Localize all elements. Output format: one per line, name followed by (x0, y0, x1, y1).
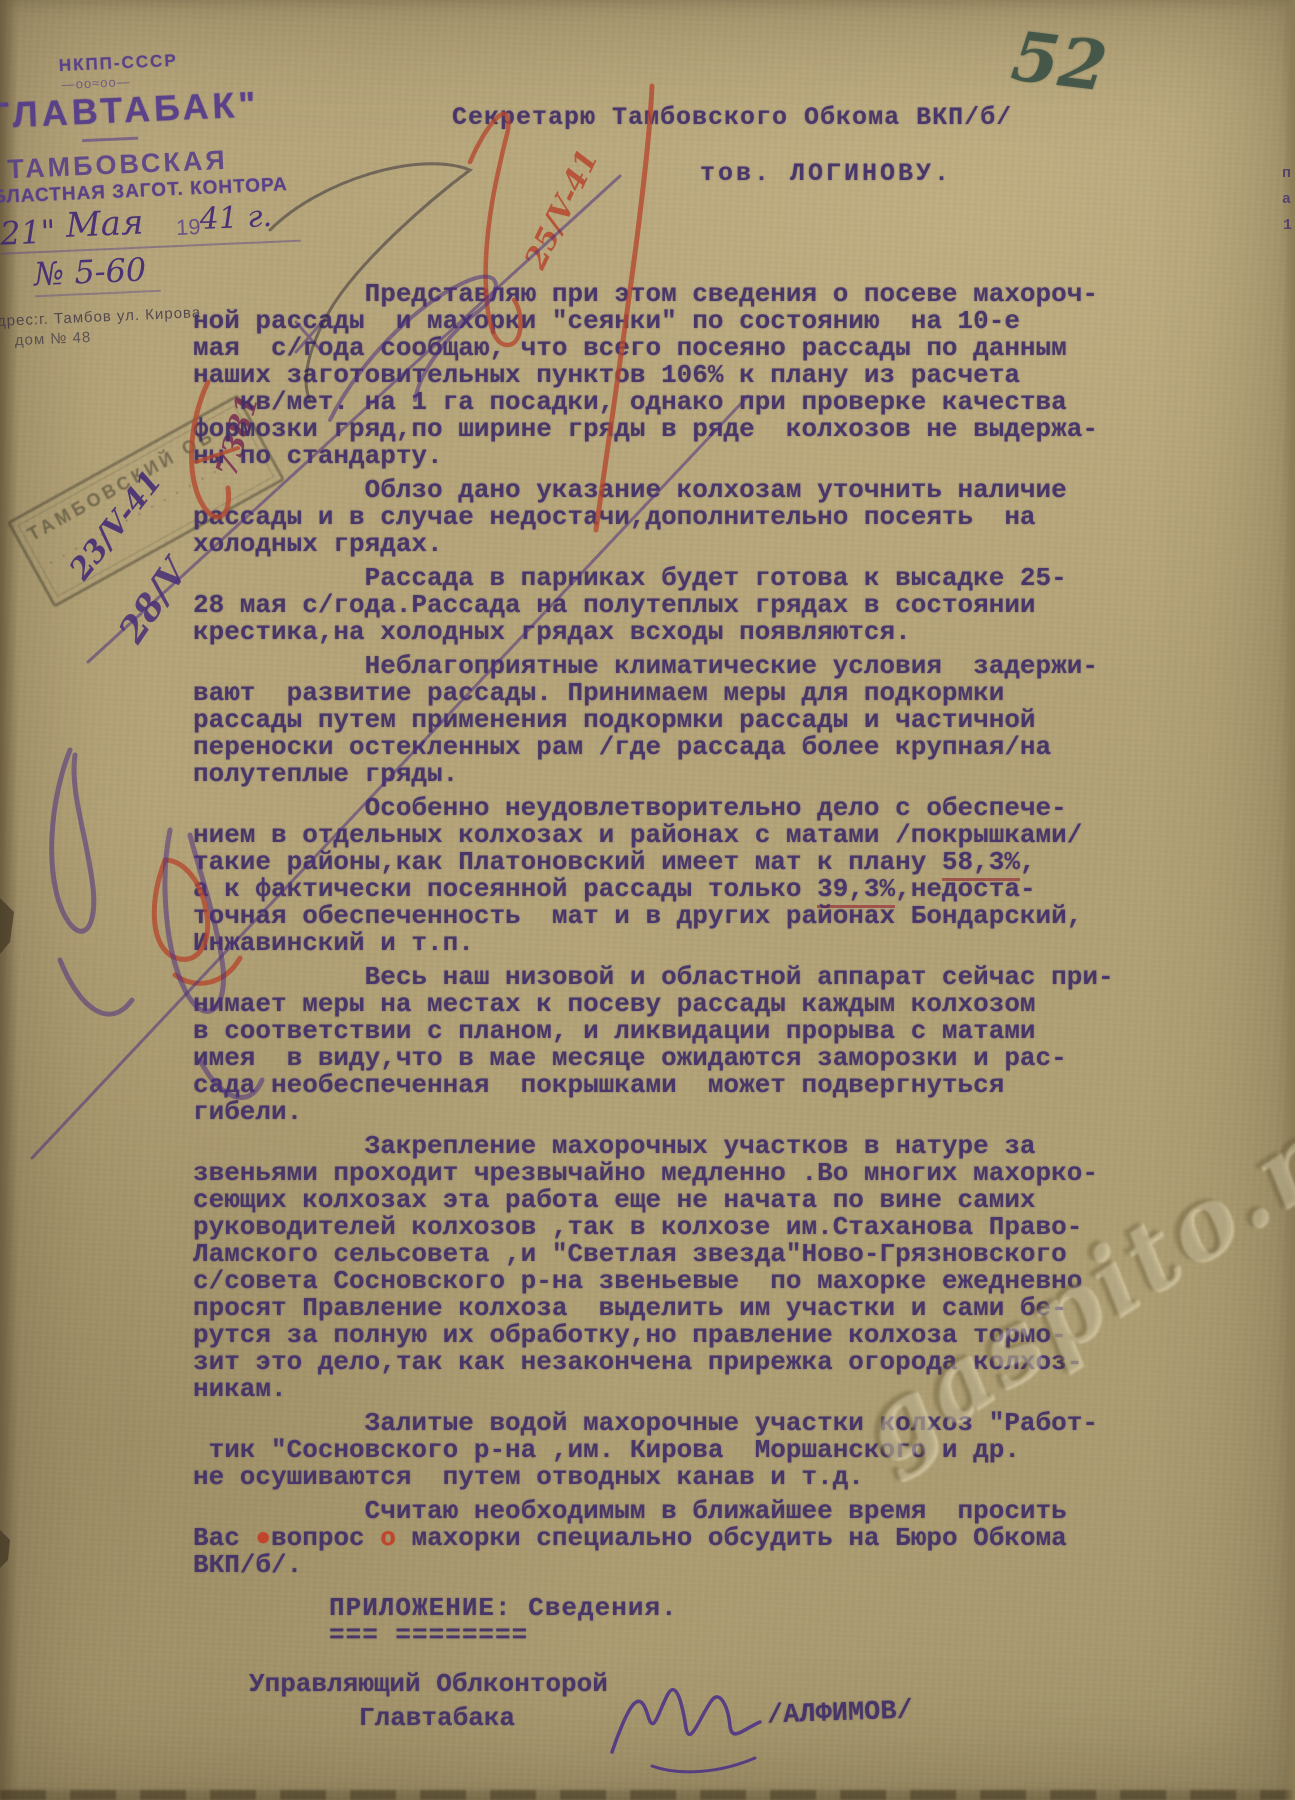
typed-line: нимает меры на местах к посеву рассады к… (193, 991, 1153, 1018)
letterhead-org-name: ГЛАВТАБАК" (0, 83, 260, 137)
signer-title-line2: Главтабака (359, 1705, 515, 1732)
letterhead-date-year-printed: 19 (175, 214, 201, 241)
typed-segment: такие районы,как Платоновский имеет мат … (193, 847, 942, 877)
typed-segment: просят Правление колхоза выделить им уча… (193, 1293, 1067, 1323)
signature-block: Управляющий Облконторой Главтабака /АЛФИ… (193, 1665, 1153, 1795)
letterhead-date-day: 21" (0, 212, 56, 252)
edge-text-fragment: а (1282, 192, 1291, 207)
typed-line: кв/мет. на 1 га посадки, однако при пров… (193, 389, 1153, 416)
typed-line: холодных грядах. (193, 531, 1153, 558)
typed-line: имея в виду,что в мае месяце ожидаются з… (193, 1045, 1153, 1072)
paragraph: Облзо дано указание колхозам уточнить на… (193, 477, 1153, 558)
paragraph: Считаю необходимым в ближайшее время про… (193, 1498, 1153, 1579)
letterhead-address-line1: Адрес:г. Тамбов ул. Кирова (0, 304, 201, 330)
typed-line: сеющих колхозах эта работа еще не начата… (193, 1187, 1153, 1214)
typed-segment: ВКП/б/. (193, 1550, 302, 1580)
typed-segment: нием в отдельных колхозах и районах с ма… (193, 820, 1082, 850)
typed-line: ной рассады и махорки "сеянки" по состоя… (193, 308, 1153, 335)
typed-segment: полутеплые гряды. (193, 759, 458, 789)
typed-line: а к фактически посеянной рассады только … (193, 876, 1153, 903)
typed-line: нием в отдельных колхозах и районах с ма… (193, 822, 1153, 849)
paragraph: Неблагоприятные климатические условия за… (193, 653, 1153, 788)
typed-line: формозки гряд,по ширине гряды в ряде кол… (193, 416, 1153, 443)
typed-segment: ной рассады и махорки "сеянки" по состоя… (193, 306, 1020, 336)
typed-segment-red-mark: ● (255, 1523, 271, 1553)
scanned-letter-page: п а 1 НКПП-СССР —оо≈оо— ГЛАВТАБАК" ТАМБО… (0, 0, 1295, 1800)
typed-segment: ны по стандарту. (193, 441, 443, 471)
typed-segment: рассады и в случае недостачи,дополнитель… (193, 502, 1036, 532)
typed-segment: с/совета Сосновского р-на звеньевые по м… (193, 1266, 1082, 1296)
typed-segment: никам. (193, 1374, 287, 1404)
next-page-sliver (1283, 0, 1295, 1800)
typed-line: рассады и в случае недостачи,дополнитель… (193, 504, 1153, 531)
attachment-underline: === ======== (329, 1622, 1153, 1649)
paragraph: Залитые водой махорочные участки колхоз … (193, 1410, 1153, 1491)
typed-line: вают развитие рассады. Принимаем меры дл… (193, 680, 1153, 707)
edge-text-fragment: п (1282, 166, 1291, 181)
typed-segment: гибели. (193, 1097, 302, 1127)
letterhead-date-year-hand: 41 г. (199, 199, 273, 237)
signer-name: /АЛФИМОВ/ (767, 1698, 914, 1730)
typed-segment: Облзо дано указание колхозам уточнить на… (193, 475, 1067, 505)
typed-line: ны по стандарту. (193, 443, 1153, 470)
typed-line: наших заготовительных пунктов 106% к пла… (193, 362, 1153, 389)
typed-segment: вопрос (271, 1523, 380, 1553)
document-body: Представляю при этом сведения о посеве м… (193, 281, 1153, 1795)
typed-segment: , (1020, 847, 1036, 877)
typed-segment: Вас (193, 1523, 255, 1553)
typed-segment: точная обеспеченность мат и в других рай… (193, 901, 1082, 931)
typed-line: ВКП/б/. (193, 1552, 1153, 1579)
typed-segment: холодных грядах. (193, 529, 443, 559)
typed-segment: Считаю необходимым в ближайшее время про… (193, 1496, 1067, 1526)
paragraph: Весь наш низовой и областной аппарат сей… (193, 964, 1153, 1126)
typed-segment: не осушиваются путем отводных канав и т.… (193, 1462, 864, 1492)
recipient-line: Секретарю Тамбовского Обкома ВКП/б/ (452, 104, 1012, 131)
typed-segment: а к фактически посеянной рассады только (193, 874, 817, 904)
typed-line: Закрепление махорочных участков в натуре… (193, 1133, 1153, 1160)
typed-segment: махорки специально обсудить на Бюро Обко… (396, 1523, 1067, 1553)
typed-line: переноски остекленных рам /где рассада б… (193, 734, 1153, 761)
typed-segment: наших заготовительных пунктов 106% к пла… (193, 360, 1020, 390)
typed-segment: крестика,на холодных грядах всходы появл… (193, 617, 911, 647)
typed-segment: рассады путем применения подкормки расса… (193, 705, 1036, 735)
typed-segment: Особенно неудовлетворительно дело с обес… (193, 793, 1067, 823)
letterhead-stamp: НКПП-СССР —оо≈оо— ГЛАВТАБАК" ТАМБОВСКАЯ … (0, 37, 316, 51)
typed-line: Ламского сельсовета ,и "Светлая звезда"Н… (193, 1241, 1153, 1268)
typed-segment: в соответствии с планом, и ликвидации пр… (193, 1016, 1036, 1046)
typed-segment: Представляю при этом сведения о посеве м… (193, 279, 1098, 309)
typed-line: Вас ●вопрос о махорки специально обсудит… (193, 1525, 1153, 1552)
typed-segment: кв/мет. на 1 га посадки, однако при пров… (193, 387, 1067, 417)
typed-segment: сада необеспеченная покрышками может под… (193, 1070, 1004, 1100)
typed-segment: Неблагоприятные климатические условия за… (193, 651, 1098, 681)
typed-segment: мая с/года сообщаю, что всего посеяно ра… (193, 333, 1067, 363)
paragraph: Представляю при этом сведения о посеве м… (193, 281, 1153, 470)
typed-line: Особенно неудовлетворительно дело с обес… (193, 795, 1153, 822)
letterhead-address-line2: дом № 48 (14, 329, 91, 349)
typed-segment: Рассада в парниках будет готова к высадк… (193, 563, 1067, 593)
paragraph: Особенно неудовлетворительно дело с обес… (193, 795, 1153, 957)
page-number: 52 (1008, 22, 1110, 101)
typed-line: полутеплые гряды. (193, 761, 1153, 788)
letterhead-ministry: НКПП-СССР (58, 51, 178, 76)
typed-line: Считаю необходимым в ближайшее время про… (193, 1498, 1153, 1525)
typed-segment: Ламского сельсовета ,и "Светлая звезда"Н… (193, 1239, 1067, 1269)
typed-line: 28 мая с/года.Рассада на полутеплых гряд… (193, 592, 1153, 619)
typed-segment-red-mark: о (380, 1523, 396, 1553)
paragraph: Рассада в парниках будет готова к высадк… (193, 565, 1153, 646)
typed-segment: вают развитие рассады. Принимаем меры дл… (193, 678, 1004, 708)
typed-line: руководителей колхозов ,так в колхозе им… (193, 1214, 1153, 1241)
typed-line: гибели. (193, 1099, 1153, 1126)
typed-line: в соответствии с планом, и ликвидации пр… (193, 1018, 1153, 1045)
typed-line: Облзо дано указание колхозам уточнить на… (193, 477, 1153, 504)
typed-line: звеньями проходит чрезвычайно медленно .… (193, 1160, 1153, 1187)
attachment-block: ПРИЛОЖЕНИЕ: Сведения. === ======== (329, 1595, 1153, 1649)
typed-segment: переноски остекленных рам /где рассада б… (193, 732, 1051, 762)
typed-line: крестика,на холодных грядах всходы появл… (193, 619, 1153, 646)
typed-segment: 28 мая с/года.Рассада на полутеплых гряд… (193, 590, 1036, 620)
typed-segment: Весь наш низовой и областной аппарат сей… (193, 962, 1114, 992)
typed-line: точная обеспеченность мат и в других рай… (193, 903, 1153, 930)
typed-line: Весь наш низовой и областной аппарат сей… (193, 964, 1153, 991)
typed-segment: формозки гряд,по ширине гряды в ряде кол… (193, 414, 1098, 444)
handwritten-red-date: 25/V-41 (518, 144, 606, 274)
typed-segment: звеньями проходит чрезвычайно медленно .… (193, 1158, 1098, 1188)
typed-line: сада необеспеченная покрышками может под… (193, 1072, 1153, 1099)
typed-segment: Инжавинский и т.п. (193, 928, 474, 958)
typed-line: рассады путем применения подкормки расса… (193, 707, 1153, 734)
typed-line: не осушиваются путем отводных канав и т.… (193, 1464, 1153, 1491)
typed-segment: Закрепление махорочных участков в натуре… (193, 1131, 1036, 1161)
typed-line: Инжавинский и т.п. (193, 930, 1153, 957)
typed-segment: имея в виду,что в мае месяце ожидаются з… (193, 1043, 1067, 1073)
typed-segment: сеющих колхозах эта работа еще не начата… (193, 1185, 1036, 1215)
page-left-binding-edge (0, 0, 18, 1800)
recipient-name: тов. ЛОГИНОВУ. (700, 160, 952, 187)
typed-segment: нимает меры на местах к посеву рассады к… (193, 989, 1036, 1019)
typed-line: мая с/года сообщаю, что всего посеяно ра… (193, 335, 1153, 362)
letterhead-doc-number: № 5-60 (33, 250, 161, 297)
typed-line: тик "Сосновского р-на ,им. Кирова Моршан… (193, 1437, 1153, 1464)
typed-segment: ,недоста- (895, 874, 1035, 904)
typed-line: Рассада в парниках будет готова к высадк… (193, 565, 1153, 592)
typed-segment: руководителей колхозов ,так в колхозе им… (193, 1212, 1082, 1242)
signer-title-line1: Управляющий Облконторой (249, 1671, 608, 1698)
attachment-label: ПРИЛОЖЕНИЕ: Сведения. (329, 1595, 1153, 1622)
typed-line: Представляю при этом сведения о посеве м… (193, 281, 1153, 308)
typed-line: Неблагоприятные климатические условия за… (193, 653, 1153, 680)
letterhead-date-month: Мая (65, 203, 144, 246)
letterhead-underline (82, 137, 138, 142)
typed-line: такие районы,как Платоновский имеет мат … (193, 849, 1153, 876)
edge-text-fragment: 1 (1283, 218, 1292, 233)
